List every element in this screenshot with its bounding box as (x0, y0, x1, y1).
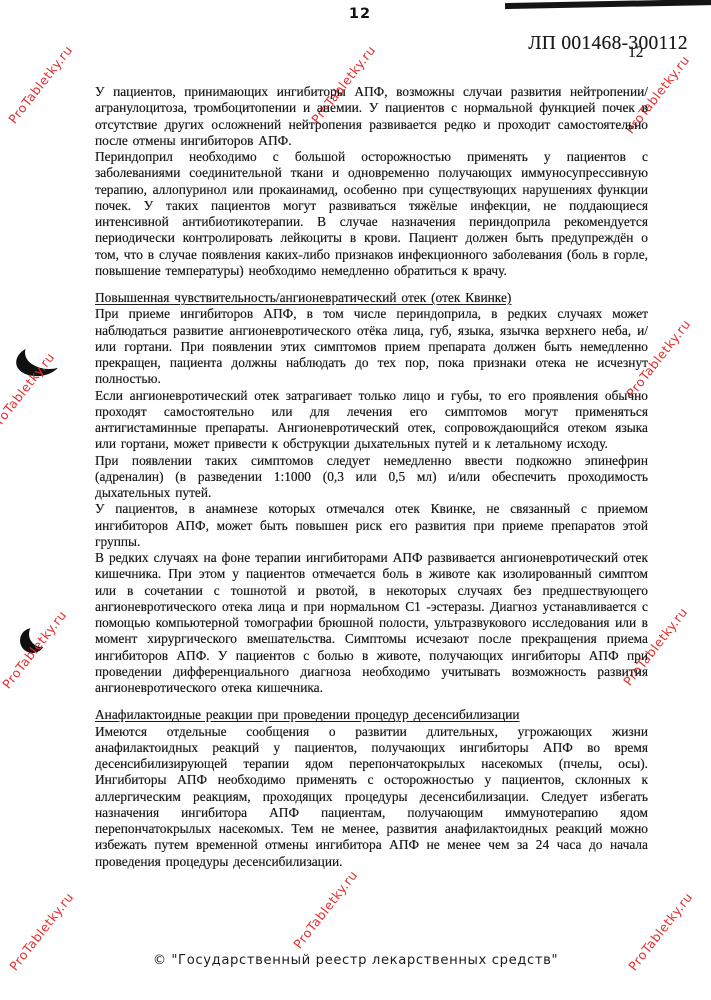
section-heading: Анафилактоидные реакции при проведении п… (95, 707, 648, 723)
scan-artifact-crescent-mark (16, 345, 70, 385)
document-body: У пациентов, принимающих ингибиторы АПФ,… (95, 84, 648, 870)
body-paragraph: Если ангионевротический отек затрагивает… (95, 388, 648, 453)
page-number-scanned: 12 (628, 44, 644, 62)
scan-artifact-crescent-mark (20, 626, 54, 658)
body-paragraph: При появлении таких симптомов следует не… (95, 453, 648, 502)
body-paragraph: У пациентов, принимающих ингибиторы АПФ,… (95, 84, 648, 149)
footer-copyright: © "Государственный реестр лекарственных … (0, 953, 711, 968)
registration-number: ЛП 001468-300112 (528, 33, 688, 55)
watermark-protabletky: ProTabletky.ru (5, 29, 87, 127)
body-paragraph: Имеются отдельные сообщения о развитии д… (95, 724, 648, 870)
body-paragraph: При приеме ингибиторов АПФ, в том числе … (95, 306, 648, 387)
section-heading: Повышенная чувствительность/ангионеврати… (95, 290, 648, 306)
body-paragraph: Периндоприл необходимо с большой осторож… (95, 149, 648, 279)
page-number-top-center: 12 (320, 6, 400, 22)
scan-artifact-top-bar (505, 0, 711, 9)
body-paragraph: У пациентов, в анамнезе которых отмечалс… (95, 501, 648, 550)
body-paragraph: В редких случаях на фоне терапии ингибит… (95, 550, 648, 696)
scanned-document-page: ProTabletky.ru ProTabletky.ru ProTabletk… (0, 0, 711, 1000)
